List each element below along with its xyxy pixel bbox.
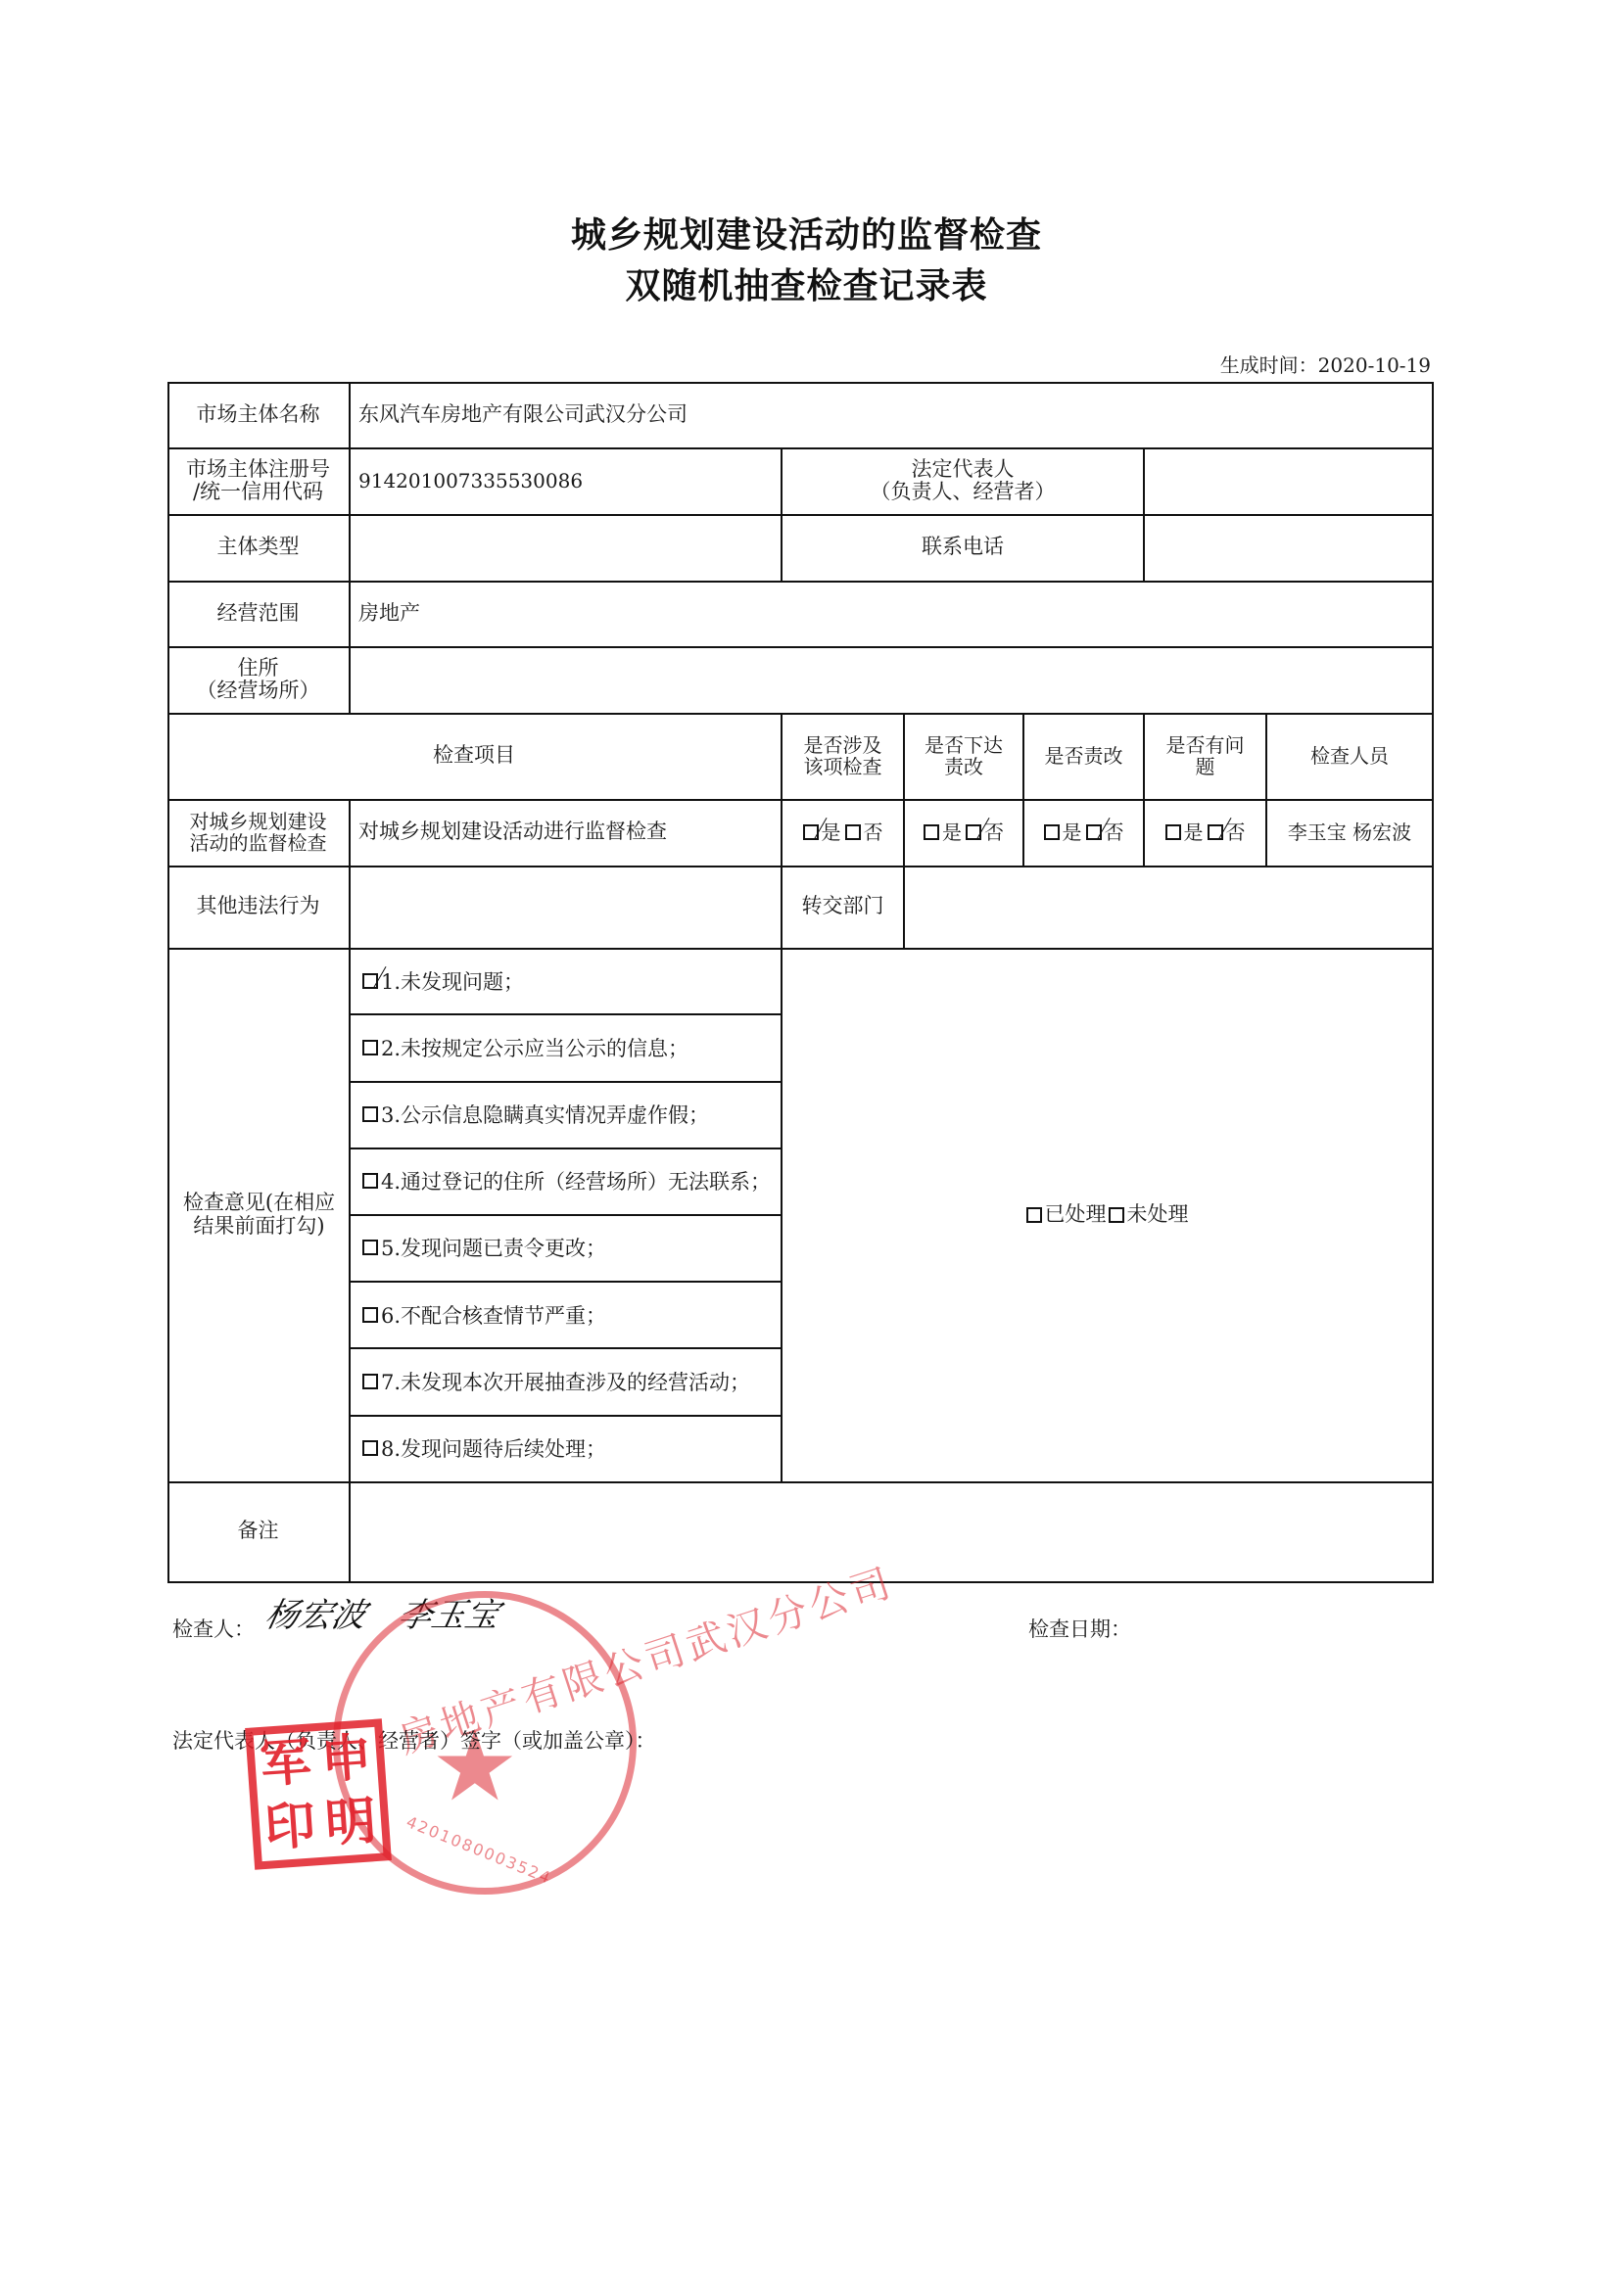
address-value bbox=[351, 646, 1428, 713]
business-scope-label: 经营范围 bbox=[167, 581, 349, 646]
opinion-checkbox[interactable] bbox=[362, 1040, 378, 1055]
reg-code-value: 914201007335530086 bbox=[351, 447, 779, 514]
col-header-line: 是否有问 bbox=[1166, 734, 1245, 756]
opinion-option[interactable]: 6.不配合核查情节严重； bbox=[353, 1282, 776, 1348]
stamp-char: 印 bbox=[258, 1795, 322, 1862]
document-title-line2: 双随机抽查检查记录表 bbox=[0, 258, 1613, 308]
opinion-option[interactable]: 4.通过登记的住所（经营场所）无法联系； bbox=[353, 1148, 776, 1214]
inspection-item-header: 检查项目 bbox=[167, 713, 781, 799]
opinion-checkbox[interactable] bbox=[362, 1307, 378, 1323]
no-label: 否 bbox=[1105, 821, 1124, 843]
ordered-no-checkbox[interactable] bbox=[966, 824, 981, 840]
subject-name-value: 东风汽车房地产有限公司武汉分公司 bbox=[351, 382, 1428, 447]
col-header-line: 该项检查 bbox=[804, 756, 882, 777]
phone-value bbox=[1145, 514, 1432, 581]
opinion-option[interactable]: 3.公示信息隐瞒真实情况弄虚作假； bbox=[353, 1081, 776, 1148]
table-border-right bbox=[1432, 382, 1434, 1583]
opinions-label-line1: 检查意见(在相应 bbox=[183, 1192, 335, 1214]
no-label: 否 bbox=[1226, 821, 1246, 843]
opinion-option-label: 2.未按规定公示应当公示的信息； bbox=[381, 1033, 688, 1062]
other-violations-label: 其他违法行为 bbox=[167, 866, 349, 948]
has-problem-yes-checkbox[interactable] bbox=[1165, 824, 1181, 840]
transfer-dept-value bbox=[905, 866, 1432, 948]
rectified-no-checkbox[interactable] bbox=[1086, 824, 1102, 840]
col-header-line: 题 bbox=[1196, 756, 1215, 777]
col-header-line: 是否涉及 bbox=[804, 734, 882, 756]
involved-choice[interactable]: 是 否 bbox=[783, 799, 903, 866]
no-label: 否 bbox=[984, 821, 1004, 843]
opinion-checkbox[interactable] bbox=[362, 1240, 378, 1255]
opinion-option[interactable]: 7.未发现本次开展抽查涉及的经营活动； bbox=[353, 1348, 776, 1415]
col-header-inspectors: 检查人员 bbox=[1267, 713, 1432, 799]
opinion-option-label: 4.通过登记的住所（经营场所）无法联系； bbox=[381, 1166, 771, 1195]
subject-type-label: 主体类型 bbox=[167, 514, 349, 581]
processed-label: 已处理 bbox=[1045, 1203, 1107, 1226]
opinion-option[interactable]: 1.未发现问题； bbox=[353, 948, 776, 1014]
inspection-category: 对城乡规划建设 活动的监督检查 bbox=[167, 799, 349, 866]
opinions-label-line2: 结果前面打勾) bbox=[193, 1215, 324, 1238]
legal-rep-label-line1: 法定代表人 bbox=[912, 458, 1015, 481]
category-line1: 对城乡规划建设 bbox=[190, 811, 327, 832]
yes-label: 是 bbox=[1063, 821, 1082, 843]
yes-label: 是 bbox=[942, 821, 962, 843]
opinion-option-label: 8.发现问题待后续处理； bbox=[381, 1433, 606, 1463]
unprocessed-checkbox[interactable] bbox=[1109, 1207, 1124, 1223]
col-header-line: 是否下达 bbox=[925, 734, 1003, 756]
opinion-checkbox[interactable] bbox=[362, 1173, 378, 1189]
opinion-option-label: 7.未发现本次开展抽查涉及的经营活动； bbox=[381, 1367, 750, 1396]
other-violations-value bbox=[351, 866, 779, 948]
transfer-dept-label: 转交部门 bbox=[783, 866, 903, 948]
involved-no-checkbox[interactable] bbox=[845, 824, 861, 840]
opinion-option-label: 1.未发现问题； bbox=[381, 966, 524, 996]
opinion-option-label: 6.不配合核查情节严重； bbox=[381, 1300, 606, 1330]
reg-code-label-line2: /统一信用代码 bbox=[193, 481, 323, 503]
col-header-line: 责改 bbox=[944, 756, 983, 777]
col-header-involved: 是否涉及 该项检查 bbox=[783, 713, 903, 799]
opinion-checkbox[interactable] bbox=[362, 973, 378, 989]
inspector-label: 检查人： bbox=[172, 1614, 255, 1643]
opinion-option[interactable]: 2.未按规定公示应当公示的信息； bbox=[353, 1014, 776, 1081]
personal-name-stamp: 军 申 印 明 bbox=[245, 1718, 392, 1869]
ordered-choice[interactable]: 是 否 bbox=[905, 799, 1022, 866]
has-problem-no-checkbox[interactable] bbox=[1208, 824, 1223, 840]
opinion-option[interactable]: 5.发现问题已责令更改； bbox=[353, 1214, 776, 1281]
opinion-checkbox[interactable] bbox=[362, 1106, 378, 1122]
inspection-date-label: 检查日期： bbox=[1028, 1614, 1131, 1643]
yes-label: 是 bbox=[822, 821, 841, 843]
rectified-choice[interactable]: 是 否 bbox=[1024, 799, 1143, 866]
legal-rep-label-line2: （负责人、经营者） bbox=[871, 481, 1056, 503]
remarks-value bbox=[351, 1481, 1428, 1581]
opinion-option-label: 3.公示信息隐瞒真实情况弄虚作假； bbox=[381, 1100, 709, 1129]
inspection-item: 对城乡规划建设活动进行监督检查 bbox=[351, 799, 779, 866]
legal-rep-label: 法定代表人 （负责人、经营者） bbox=[783, 447, 1143, 514]
business-scope-value: 房地产 bbox=[351, 581, 1428, 646]
no-label: 否 bbox=[864, 821, 883, 843]
ordered-yes-checkbox[interactable] bbox=[924, 824, 939, 840]
involved-yes-checkbox[interactable] bbox=[803, 824, 819, 840]
opinions-label: 检查意见(在相应 结果前面打勾) bbox=[167, 948, 351, 1481]
address-label-line2: （经营场所） bbox=[197, 679, 320, 702]
phone-label: 联系电话 bbox=[783, 514, 1143, 581]
subject-type-value bbox=[351, 514, 779, 581]
category-line2: 活动的监督检查 bbox=[190, 832, 327, 854]
opinion-checkbox[interactable] bbox=[362, 1440, 378, 1456]
stamp-char: 明 bbox=[318, 1790, 383, 1857]
col-header-line: 是否责改 bbox=[1045, 745, 1123, 767]
opinion-option[interactable]: 8.发现问题待后续处理； bbox=[353, 1415, 776, 1481]
reg-code-label-line1: 市场主体注册号 bbox=[186, 458, 330, 481]
unprocessed-label: 未处理 bbox=[1127, 1203, 1189, 1226]
document-title-line1: 城乡规划建设活动的监督检查 bbox=[0, 208, 1613, 258]
legal-rep-value bbox=[1145, 447, 1432, 514]
col-header-ordered: 是否下达 责改 bbox=[905, 713, 1022, 799]
reg-code-label: 市场主体注册号 /统一信用代码 bbox=[167, 447, 349, 514]
processed-checkbox[interactable] bbox=[1026, 1207, 1042, 1223]
inspectors-value: 李玉宝 杨宏波 bbox=[1267, 799, 1432, 866]
opinion-option-label: 5.发现问题已责令更改； bbox=[381, 1233, 606, 1262]
address-label: 住所 （经营场所） bbox=[167, 646, 349, 713]
has-problem-choice[interactable]: 是 否 bbox=[1145, 799, 1265, 866]
yes-label: 是 bbox=[1184, 821, 1204, 843]
col-header-has-problem: 是否有问 题 bbox=[1145, 713, 1265, 799]
processing-status[interactable]: 已处理 未处理 bbox=[783, 948, 1432, 1481]
remarks-label: 备注 bbox=[167, 1481, 349, 1581]
subject-name-label: 市场主体名称 bbox=[167, 382, 349, 447]
stamp-char: 军 bbox=[254, 1731, 318, 1799]
opinion-checkbox[interactable] bbox=[362, 1374, 378, 1389]
rectified-yes-checkbox[interactable] bbox=[1044, 824, 1060, 840]
generated-time: 生成时间：2020-10-19 bbox=[1220, 350, 1431, 378]
address-label-line1: 住所 bbox=[238, 657, 279, 679]
col-header-rectified: 是否责改 bbox=[1024, 713, 1143, 799]
stamp-char: 申 bbox=[314, 1727, 379, 1795]
